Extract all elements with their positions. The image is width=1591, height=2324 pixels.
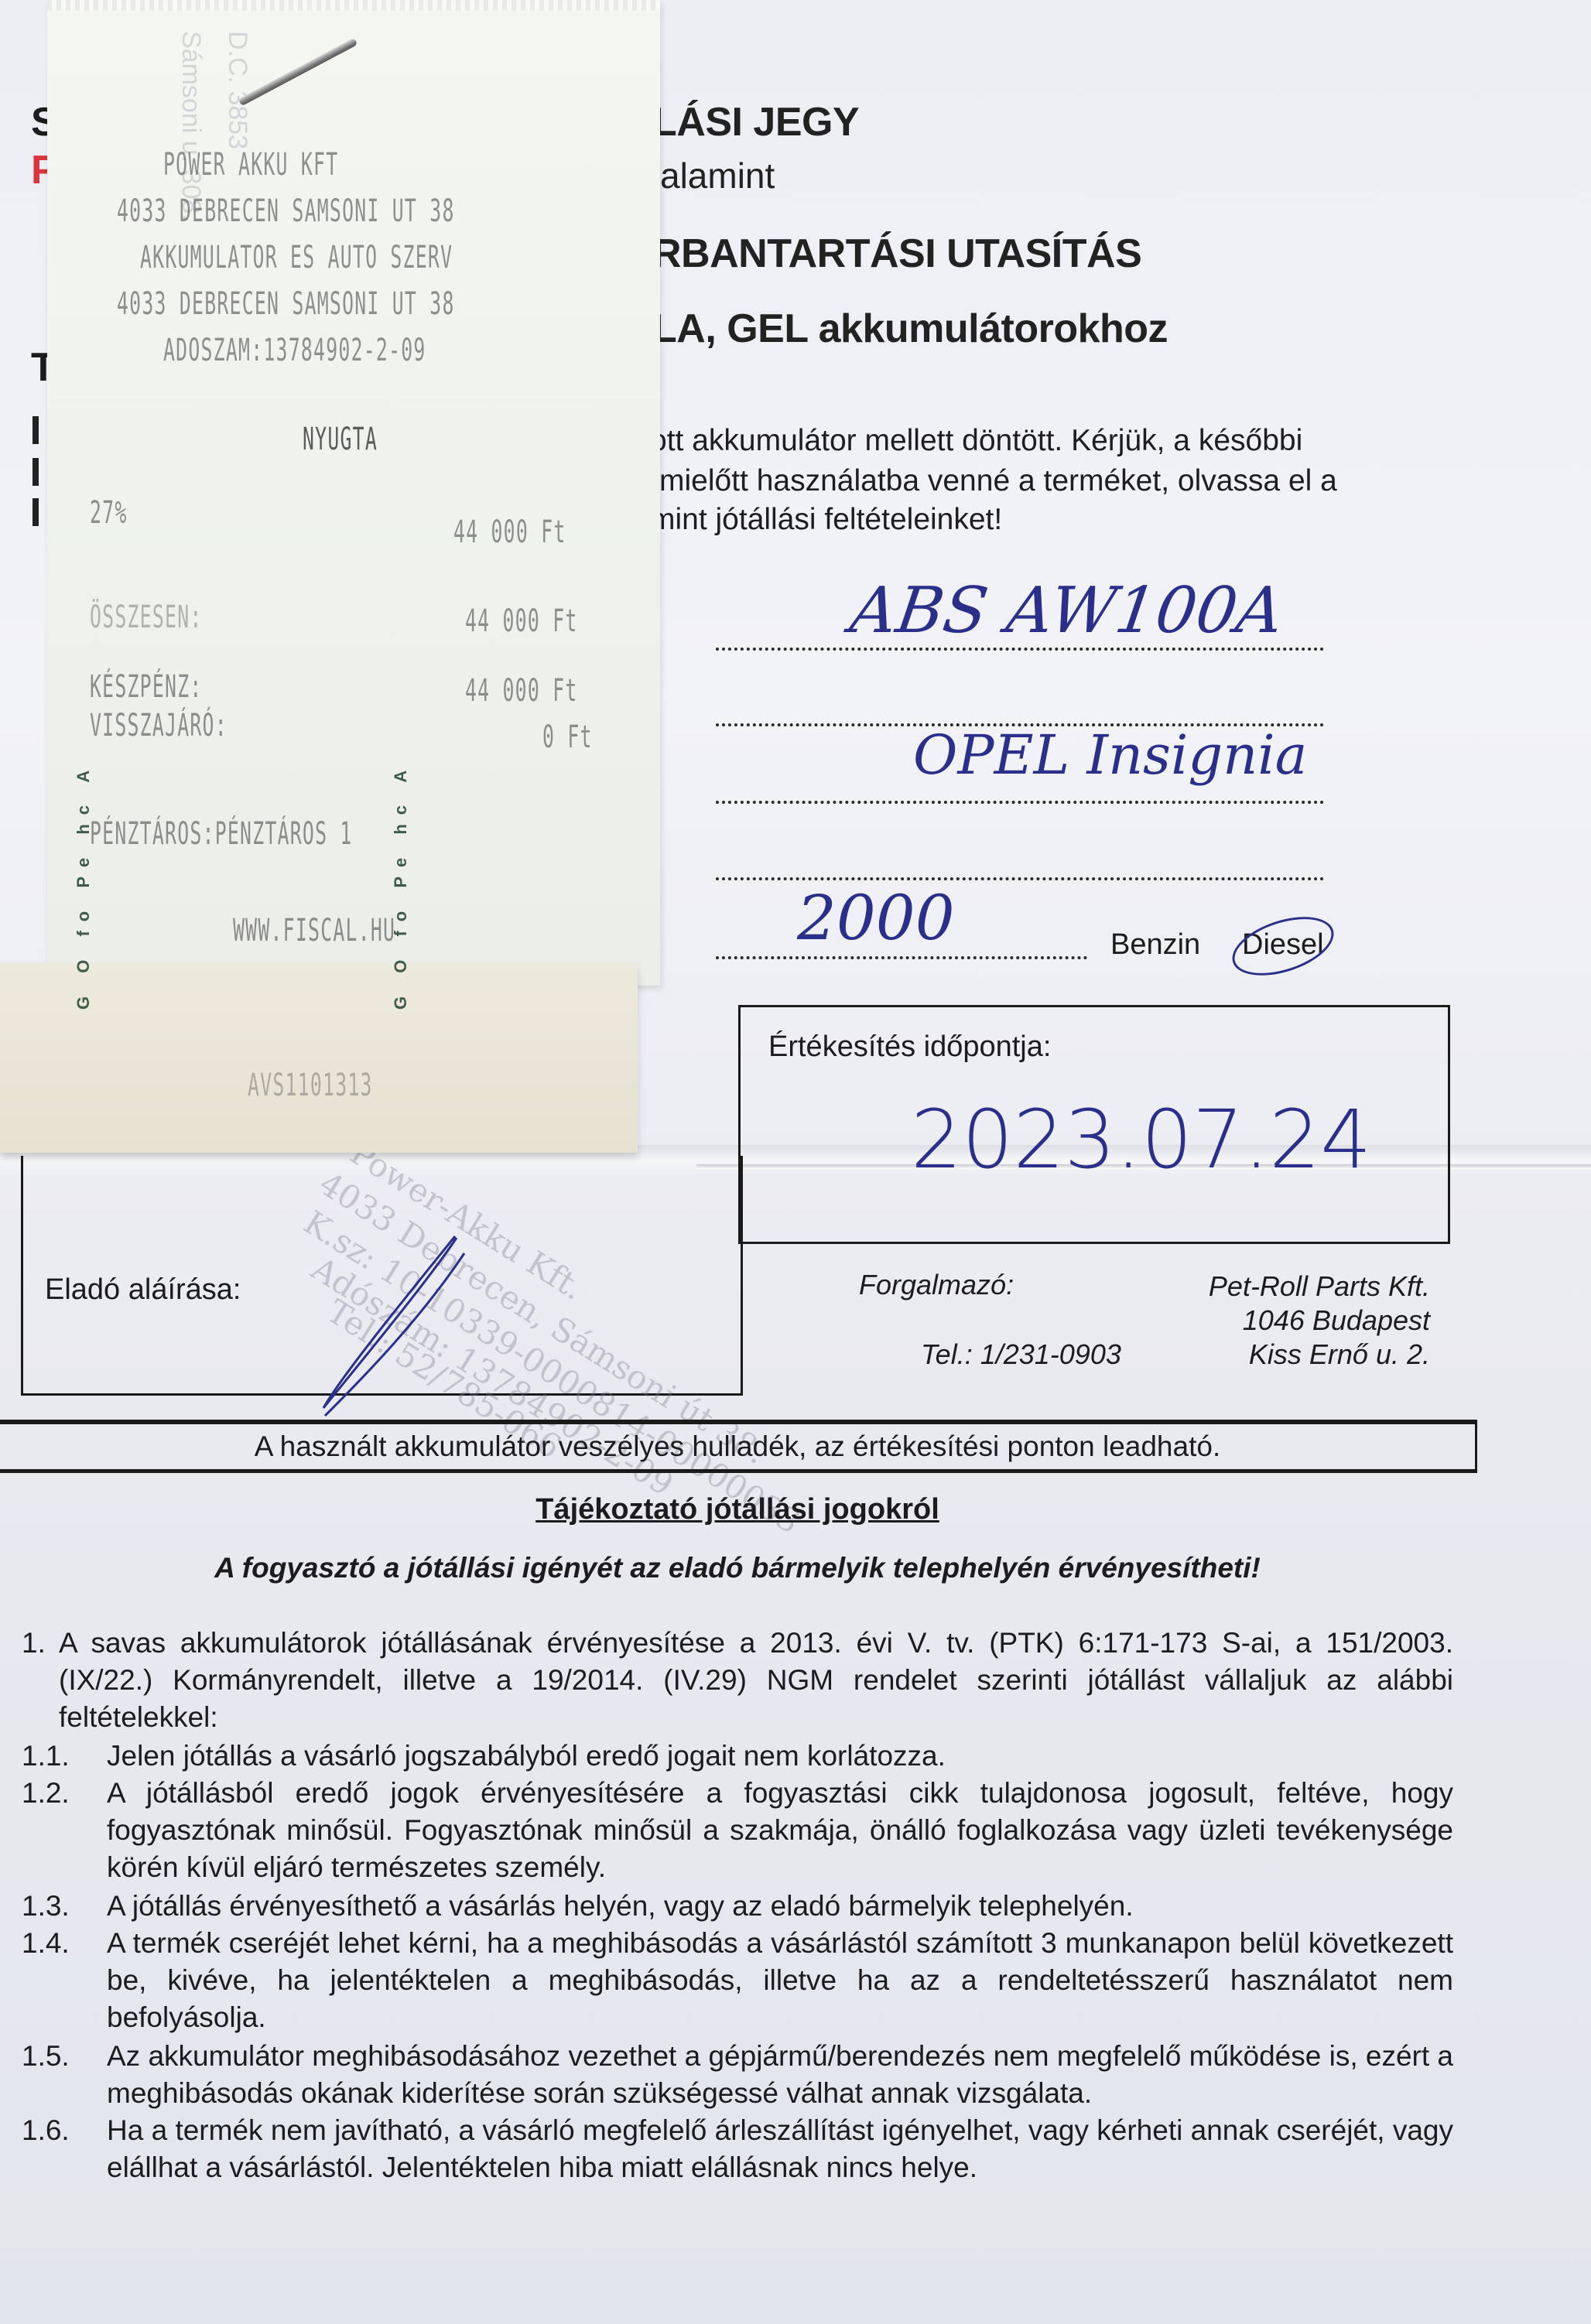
warranty-item-1-4: 1.4. A termék cseréjét lehet kérni, ha a… (22, 1925, 1453, 2036)
item-number: 1.2. (22, 1775, 70, 1812)
receipt-item-amount: 44 000 Ft (453, 514, 566, 550)
document-title: LÁSI JEGY (652, 99, 859, 145)
sale-date-label: Értékesítés időpontja: (768, 1030, 1051, 1064)
item-number: 1.4. (22, 1925, 70, 1962)
fuel-benzin: Benzin (1110, 928, 1200, 962)
handwritten-battery-type: ABS AW100A (846, 574, 1288, 648)
distributor-street: Kiss Ernő u. 2. (1249, 1338, 1430, 1371)
intro-line-2: mielőtt használatba venné a terméket, ol… (659, 464, 1337, 498)
distributor-phone: Tel.: 1/231-0903 (921, 1338, 1121, 1371)
receipt-website: WWW.FISCAL.HU (233, 913, 395, 948)
text-fragment (33, 458, 39, 486)
handwritten-vehicle: OPEL Insignia (913, 723, 1307, 787)
receipt-total-label: ÖSSZESEN: (90, 600, 203, 635)
intro-line-3: mint jótállási feltételeinket! (650, 503, 1002, 537)
item-number: 1.6. (22, 2112, 70, 2149)
receipt-header-line: AKKUMULATOR ES AUTO SZERV (140, 240, 453, 275)
distributor-city: 1046 Budapest (1243, 1304, 1430, 1337)
diesel-circled-mark (1225, 906, 1341, 987)
form-line-year (716, 956, 1087, 959)
receipt-total-amount: 44 000 Ft (465, 603, 578, 639)
receipt-header-line: 4033 DEBRECEN SAMSONI UT 38 (117, 193, 455, 229)
item-number: 1.3. (22, 1888, 70, 1925)
hazard-notice: A használt akkumulátor veszélyes hulladé… (0, 1420, 1477, 1473)
sale-date-box: Értékesítés időpontja: 2023.07.24 (738, 1005, 1450, 1244)
warranty-item-1-6: 1.6. Ha a termék nem javítható, a vásárl… (22, 2112, 1453, 2186)
item-text: Jelen jótállás a vásárló jogszabályból e… (107, 1738, 1453, 1775)
receipt-bleed-text: D.C. 3853 (222, 31, 252, 149)
handwritten-year: 2000 (797, 882, 955, 954)
item-number: 1.5. (22, 2038, 70, 2075)
text-fragment (33, 416, 39, 444)
receipt-bottom-strip: G O fo Pe hc A G O fo Pe hc A AVS1101313 (0, 963, 638, 1153)
seller-signature-label: Eladó aláírása: (45, 1273, 241, 1307)
item-number: 1.1. (22, 1738, 70, 1775)
receipt-header-line: POWER AKKU KFT (163, 147, 338, 183)
intro-line-1: ott akkumulátor mellett döntött. Kérjük,… (650, 424, 1302, 458)
hazard-notice-text: A használt akkumulátor veszélyes hulladé… (255, 1430, 1220, 1463)
form-line-vehicle (716, 801, 1324, 804)
receipt-header-line: ADOSZAM:13784902-2-09 (163, 333, 426, 368)
item-text: A termék cseréjét lehet kérni, ha a megh… (107, 1925, 1453, 2036)
receipt-torn-edge (47, 0, 660, 11)
receipt-change-amount: 0 Ft (542, 719, 593, 755)
receipt-cash-amount: 44 000 Ft (465, 673, 578, 709)
receipt-bleed-text: Sámsoni u. 308. (176, 31, 206, 221)
warranty-item-1-1: 1.1. Jelen jótállás a vásárló jogszabály… (22, 1738, 1453, 1775)
receipt-cash-label: KÉSZPÉNZ: (90, 669, 203, 705)
strip-logo-text: G O fo Pe hc A (391, 761, 411, 1010)
item-number: 1. (22, 1625, 46, 1662)
item-text: A jótállás érvényesíthető a vásárlás hel… (107, 1888, 1453, 1925)
warranty-item-1-3: 1.3. A jótállás érvényesíthető a vásárlá… (22, 1888, 1453, 1925)
cash-receipt: Sámsoni u. 308. D.C. 3853 POWER AKKU KFT… (47, 0, 660, 986)
handwritten-sale-date: 2023.07.24 (911, 1092, 1371, 1187)
distributor-name: Pet-Roll Parts Kft. (1209, 1270, 1430, 1303)
warranty-heading: Tájékoztató jótállási jogokról (0, 1493, 1475, 1526)
receipt-code: AVS1101313 (248, 1068, 373, 1103)
item-text: A savas akkumulátorok jótállásának érvén… (59, 1625, 1453, 1736)
receipt-change-label: VISSZAJÁRÓ: (90, 708, 228, 743)
seller-signature (294, 1222, 480, 1423)
battery-types-title: LA, GEL akkumulátorokhoz (652, 306, 1168, 352)
form-line-battery-type (716, 648, 1324, 651)
form-line-4 (716, 877, 1324, 880)
receipt-cashier: PÉNZTÁROS:PÉNZTÁROS 1 (90, 816, 353, 852)
text-fragment (33, 498, 39, 526)
item-text: Ha a termék nem javítható, a vásárló meg… (107, 2112, 1453, 2186)
warranty-item-1: 1. A savas akkumulátorok jótállásának ér… (22, 1625, 1453, 1736)
receipt-type: NYUGTA (303, 422, 378, 457)
maintenance-title: RBANTARTÁSI UTASÍTÁS (652, 231, 1141, 277)
distributor-label: Forgalmazó: (859, 1269, 1014, 1301)
receipt-vat-rate: 27% (90, 495, 128, 531)
warranty-item-1-2: 1.2. A jótállásból eredő jogok érvényesí… (22, 1775, 1453, 1886)
item-text: A jótállásból eredő jogok érvényesítésér… (107, 1775, 1453, 1886)
warranty-item-1-5: 1.5. Az akkumulátor meghibásodásához vez… (22, 2038, 1453, 2112)
strip-logo-text: G O fo Pe hc A (74, 761, 94, 1010)
warranty-notice: A fogyasztó a jótállási igényét az eladó… (0, 1552, 1475, 1584)
item-text: Az akkumulátor meghibásodásához vezethet… (107, 2038, 1453, 2112)
receipt-header-line: 4033 DEBRECEN SAMSONI UT 38 (117, 286, 455, 322)
document-subtitle: alamint (660, 155, 775, 197)
